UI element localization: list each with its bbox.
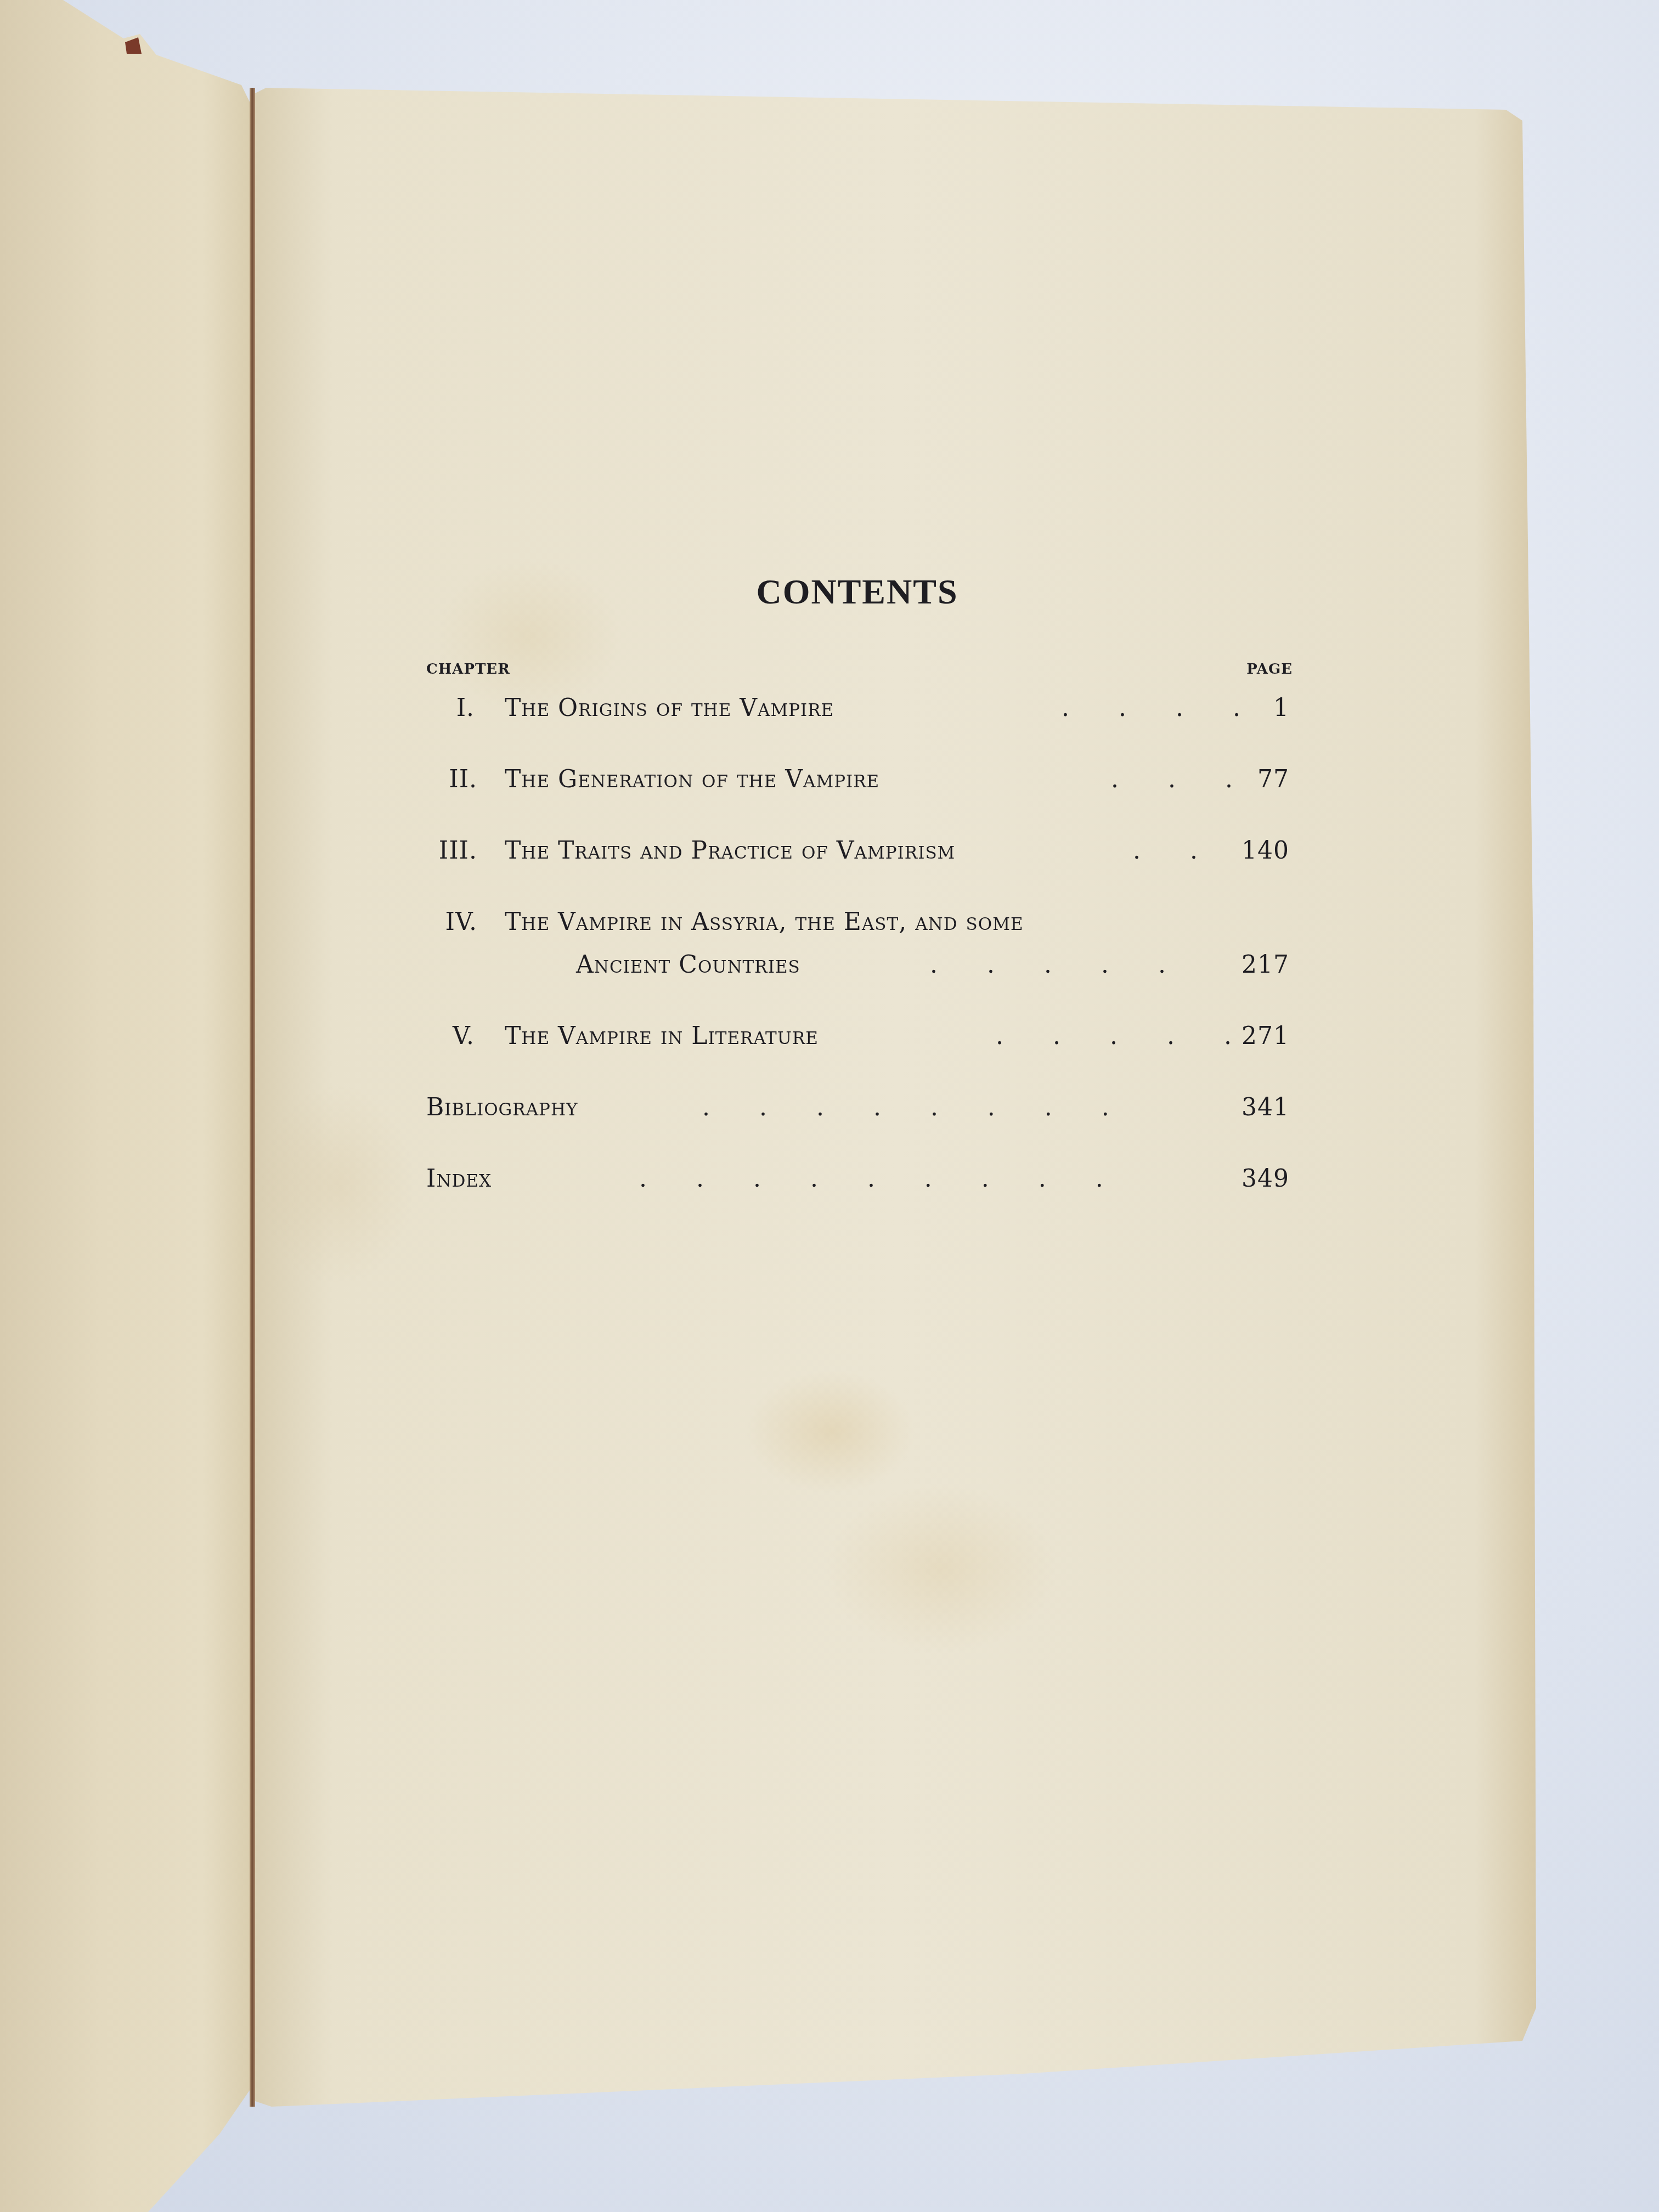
left-page [0, 0, 253, 2212]
toc-entry: II. The Generation of the Vampire . . . … [425, 765, 1289, 798]
chapter-column-label: CHAPTER [426, 661, 510, 678]
chapter-title: The Origins of the Vampire [505, 694, 834, 722]
section-title: Index [426, 1165, 492, 1193]
chapter-title: The Vampire in Assyria, the East, and so… [505, 908, 1024, 936]
page-column-label: PAGE [1246, 661, 1293, 678]
chapter-title: The Generation of the Vampire [505, 765, 879, 793]
page-number: 271 [1242, 1022, 1289, 1050]
dot-leader: . . . . . . . . [702, 1093, 1130, 1121]
dot-leader: . . . . [1062, 694, 1261, 722]
section-title: Bibliography [426, 1093, 578, 1121]
toc-entry: Bibliography . . . . . . . . 341 [425, 1093, 1289, 1126]
page-title: CONTENTS [425, 572, 1289, 612]
page-number: 1 [1273, 694, 1289, 722]
chapter-numeral: III. [422, 837, 477, 865]
chapter-numeral: IV. [422, 908, 477, 936]
toc-entry: V. The Vampire in Literature . . . . . 2… [425, 1022, 1289, 1055]
chapter-numeral: V. [420, 1022, 475, 1050]
chapter-title-continued: Ancient Countries [576, 951, 800, 979]
page-number: 140 [1242, 837, 1289, 865]
chapter-numeral: I. [420, 694, 475, 722]
dot-leader: . . [1133, 837, 1218, 865]
toc-entry: III. The Traits and Practice of Vampiris… [425, 837, 1289, 870]
dot-leader: . . . . . [996, 1022, 1252, 1050]
dot-leader: . . . . . . . . . [639, 1165, 1124, 1193]
dot-leader: . . . [1111, 765, 1254, 793]
page-number: 341 [1242, 1093, 1289, 1121]
page-number: 77 [1257, 765, 1289, 793]
page-number: 217 [1242, 951, 1289, 979]
chapter-numeral: II. [422, 765, 477, 793]
chapter-title: The Traits and Practice of Vampirism [505, 837, 955, 865]
toc-entry: IV. The Vampire in Assyria, the East, an… [425, 908, 1289, 941]
toc-entry: Index . . . . . . . . . 349 [425, 1165, 1289, 1198]
book-gutter [250, 88, 255, 2107]
toc-entry: I. The Origins of the Vampire . . . . 1 [425, 694, 1289, 727]
dot-leader: . . . . . [930, 951, 1187, 979]
page-number: 349 [1242, 1165, 1289, 1193]
toc-entry-continuation: Ancient Countries . . . . . 217 [425, 951, 1289, 984]
chapter-title: The Vampire in Literature [505, 1022, 819, 1050]
